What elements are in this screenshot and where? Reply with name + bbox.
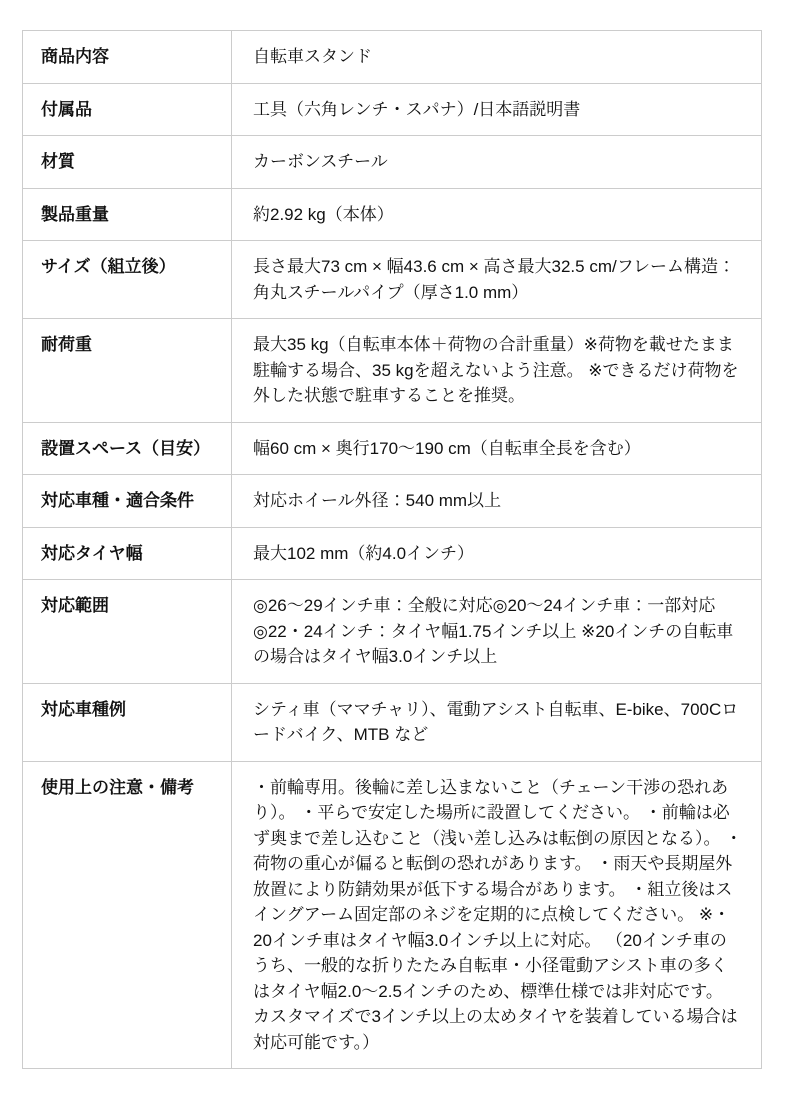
spec-value: 最大35 kg（自転車本体＋荷物の合計重量）※荷物を載せたまま駐輪する場合、35…: [232, 319, 762, 423]
spec-label: 耐荷重: [23, 319, 232, 423]
spec-label: 対応範囲: [23, 580, 232, 684]
spec-rows: 商品内容 自転車スタンド 付属品 工具（六角レンチ・スパナ）/日本語説明書 材質…: [23, 31, 762, 1069]
spec-label: 商品内容: [23, 31, 232, 84]
table-row: 付属品 工具（六角レンチ・スパナ）/日本語説明書: [23, 83, 762, 136]
spec-value: 対応ホイール外径：540 mm以上: [232, 475, 762, 528]
table-row: 製品重量 約2.92 kg（本体）: [23, 188, 762, 241]
table-row: 商品内容 自転車スタンド: [23, 31, 762, 84]
product-spec-table: 商品内容 自転車スタンド 付属品 工具（六角レンチ・スパナ）/日本語説明書 材質…: [22, 30, 762, 1069]
spec-value: 幅60 cm × 奥行170～190 cm（自転車全長を含む）: [232, 422, 762, 475]
spec-label: 対応車種・適合条件: [23, 475, 232, 528]
spec-label: 対応車種例: [23, 683, 232, 761]
table-row: 材質 カーボンスチール: [23, 136, 762, 189]
spec-value: 最大102 mm（約4.0インチ）: [232, 527, 762, 580]
table-row: 耐荷重 最大35 kg（自転車本体＋荷物の合計重量）※荷物を載せたまま駐輪する場…: [23, 319, 762, 423]
spec-label: 使用上の注意・備考: [23, 761, 232, 1069]
spec-value: 自転車スタンド: [232, 31, 762, 84]
table-row: サイズ（組立後） 長さ最大73 cm × 幅43.6 cm × 高さ最大32.5…: [23, 241, 762, 319]
spec-label: 設置スペース（目安）: [23, 422, 232, 475]
spec-label: 製品重量: [23, 188, 232, 241]
table-row: 設置スペース（目安） 幅60 cm × 奥行170～190 cm（自転車全長を含…: [23, 422, 762, 475]
table-row: 対応車種例 シティ車（ママチャリ）、電動アシスト自転車、E-bike、700Cロ…: [23, 683, 762, 761]
spec-value: 約2.92 kg（本体）: [232, 188, 762, 241]
spec-label: サイズ（組立後）: [23, 241, 232, 319]
product-spec-page: 商品内容 自転車スタンド 付属品 工具（六角レンチ・スパナ）/日本語説明書 材質…: [0, 0, 800, 1109]
table-row: 対応タイヤ幅 最大102 mm（約4.0インチ）: [23, 527, 762, 580]
table-row: 対応範囲 ◎26～29インチ車：全般に対応◎20～24インチ車：一部対応◎22・…: [23, 580, 762, 684]
spec-label: 付属品: [23, 83, 232, 136]
spec-value: シティ車（ママチャリ）、電動アシスト自転車、E-bike、700Cロードバイク、…: [232, 683, 762, 761]
spec-value: ◎26～29インチ車：全般に対応◎20～24インチ車：一部対応◎22・24インチ…: [232, 580, 762, 684]
table-row: 対応車種・適合条件 対応ホイール外径：540 mm以上: [23, 475, 762, 528]
spec-label: 材質: [23, 136, 232, 189]
spec-value: カーボンスチール: [232, 136, 762, 189]
spec-value: 工具（六角レンチ・スパナ）/日本語説明書: [232, 83, 762, 136]
table-row: 使用上の注意・備考 ・前輪専用。後輪に差し込まないこと（チェーン干渉の恐れあり）…: [23, 761, 762, 1069]
spec-label: 対応タイヤ幅: [23, 527, 232, 580]
spec-value: ・前輪専用。後輪に差し込まないこと（チェーン干渉の恐れあり）。 ・平らで安定した…: [232, 761, 762, 1069]
spec-value: 長さ最大73 cm × 幅43.6 cm × 高さ最大32.5 cm/フレーム構…: [232, 241, 762, 319]
